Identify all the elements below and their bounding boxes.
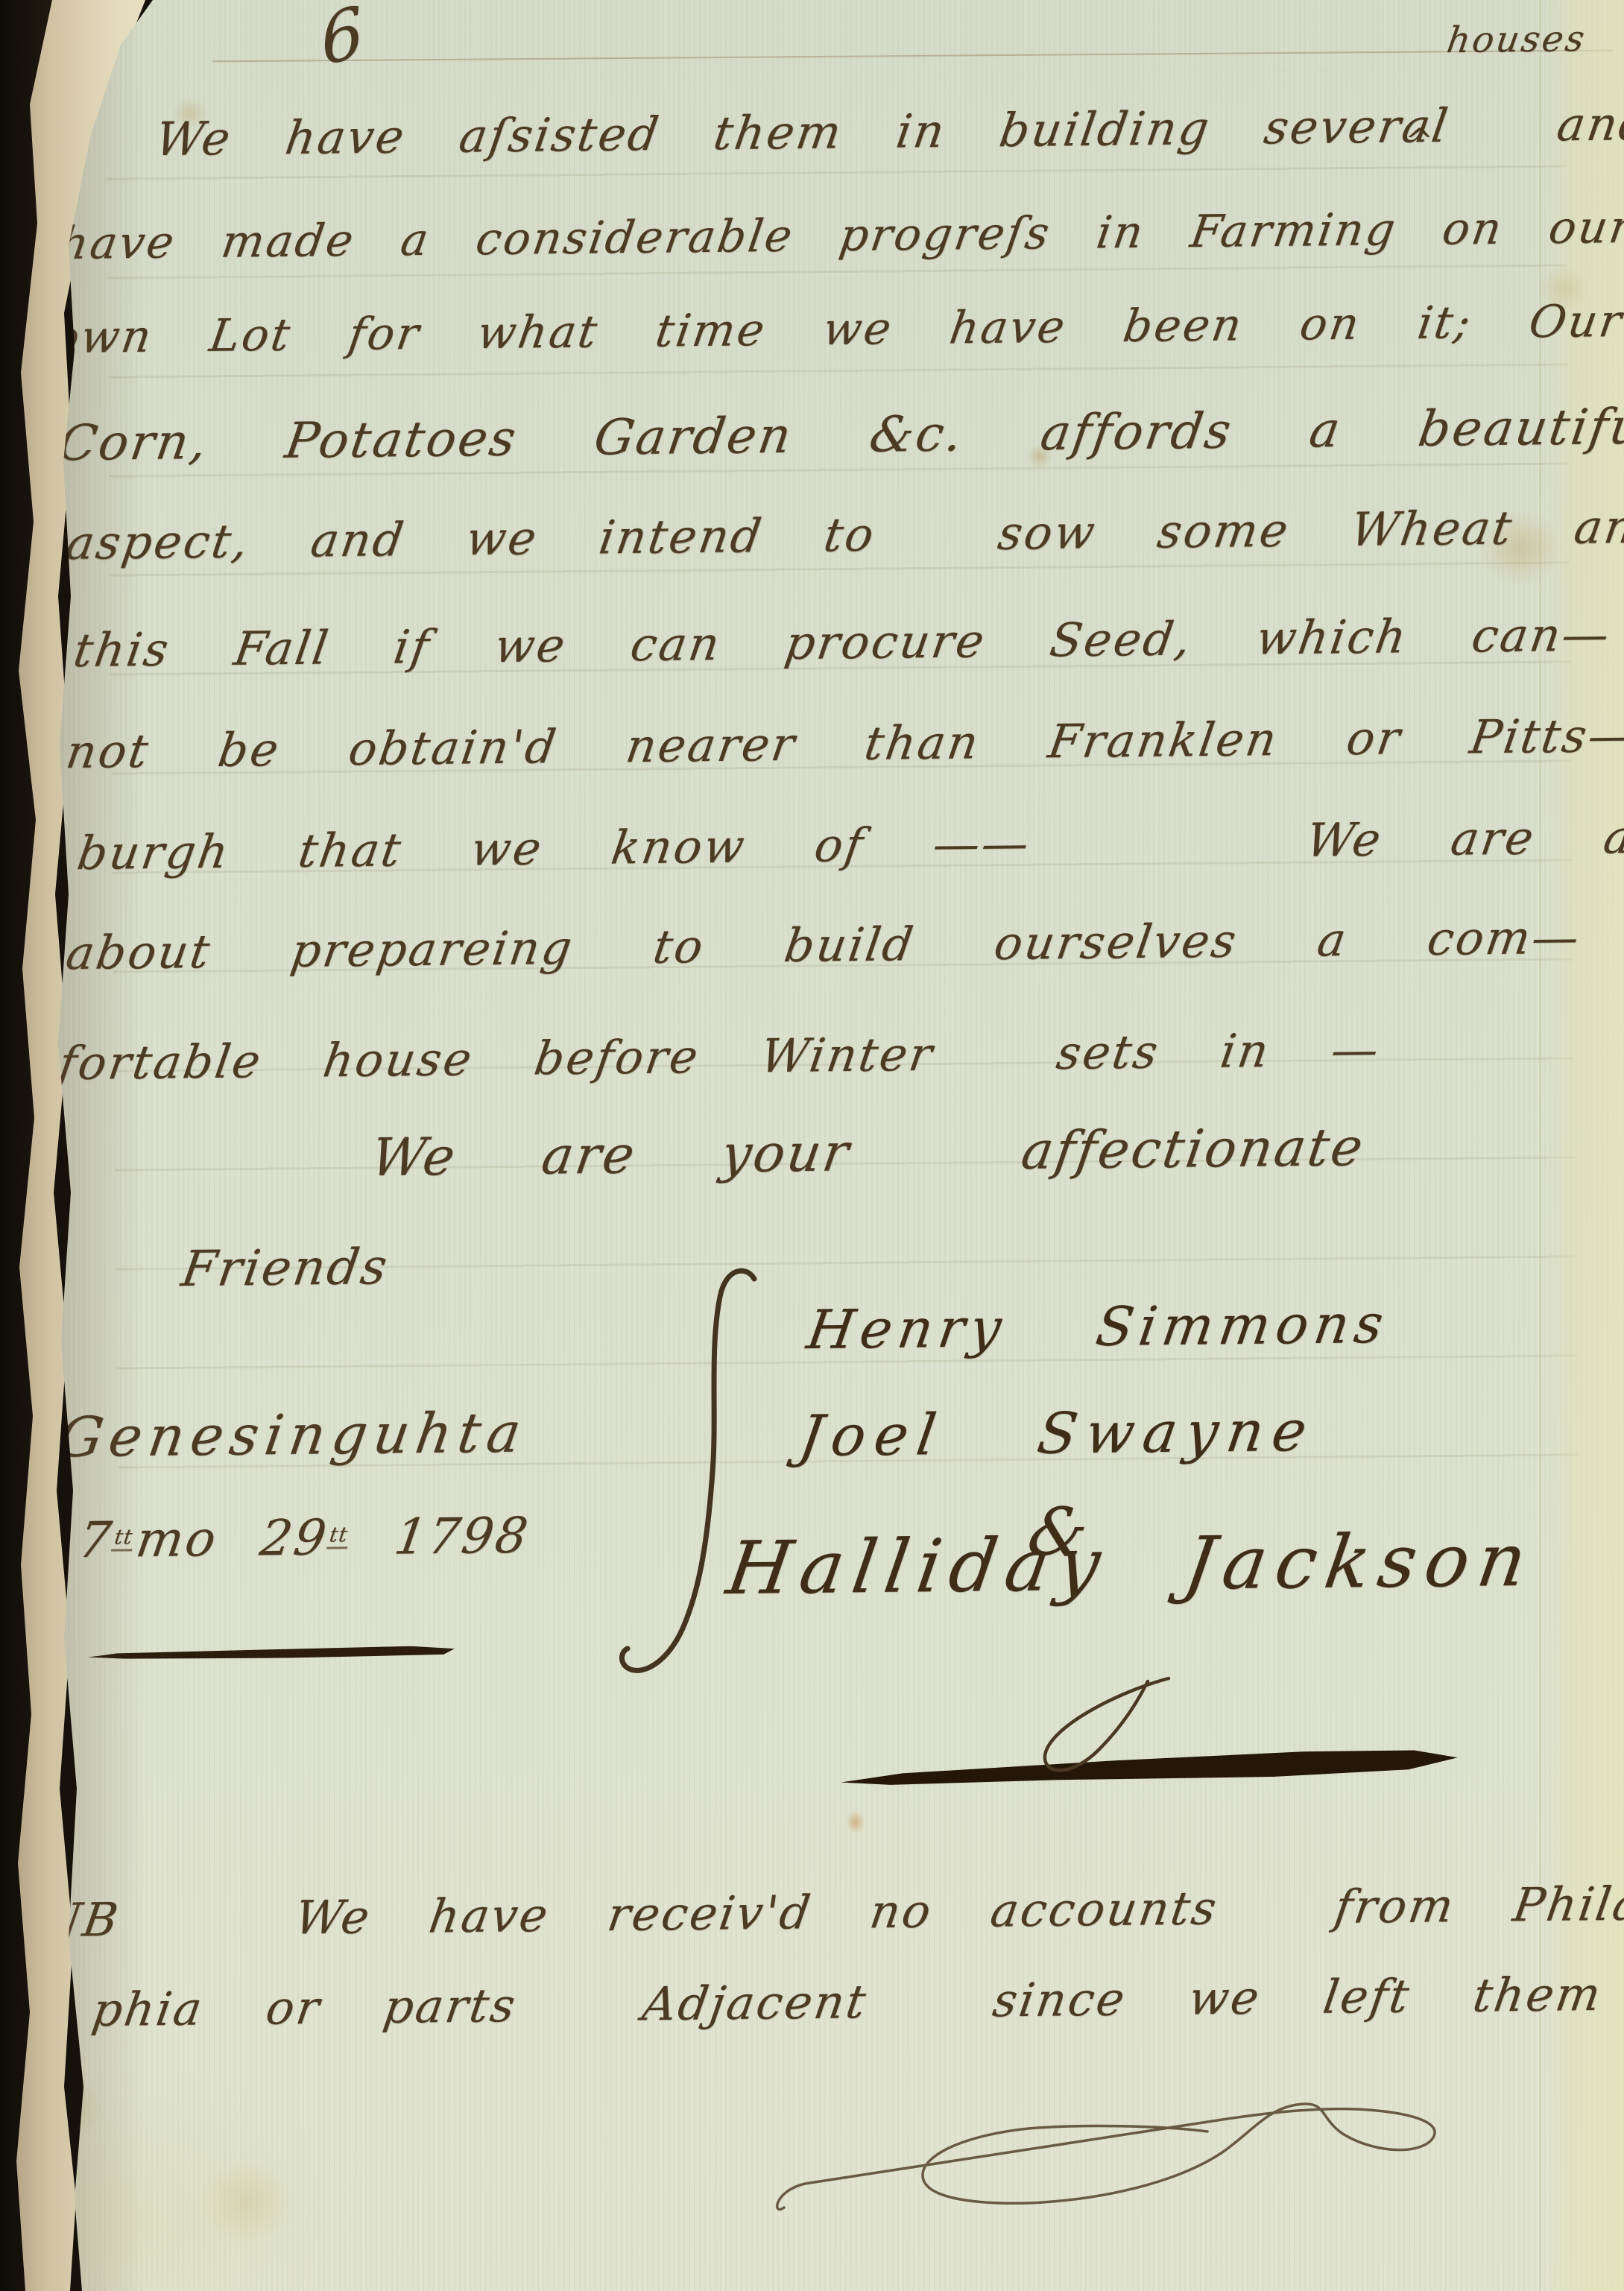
date-line: 7ttmo 29tt 1798 [75,1507,534,1569]
place-name: Genesinguhta [54,1400,531,1470]
date-superscript-1: tt [111,1524,136,1551]
manuscript-scan: { "colors": { "paper": "#d9dfcd", "paper… [0,0,1624,2291]
date-day: 29 [256,1509,332,1567]
signature-henry-simmons: Henry Simmons [803,1292,1394,1361]
signature-joel-swayne: Joel Swayne [795,1397,1320,1469]
closing-salutation: Friends [178,1238,394,1298]
manuscript-page: 6 houses ^ We have aſsisted them in buil… [0,0,1624,2291]
date-day-month: 7 [75,1511,117,1570]
page-loop-mark: 6 [317,0,370,81]
inserted-word: houses [1444,18,1590,61]
date-superscript-2: tt [326,1522,352,1549]
date-mo: mo [133,1510,222,1568]
signature-halliday-jackson: Halliday Jackson [721,1518,1541,1612]
closing-line: We are your affectionate [367,1116,1369,1188]
date-year: 1798 [391,1507,533,1566]
